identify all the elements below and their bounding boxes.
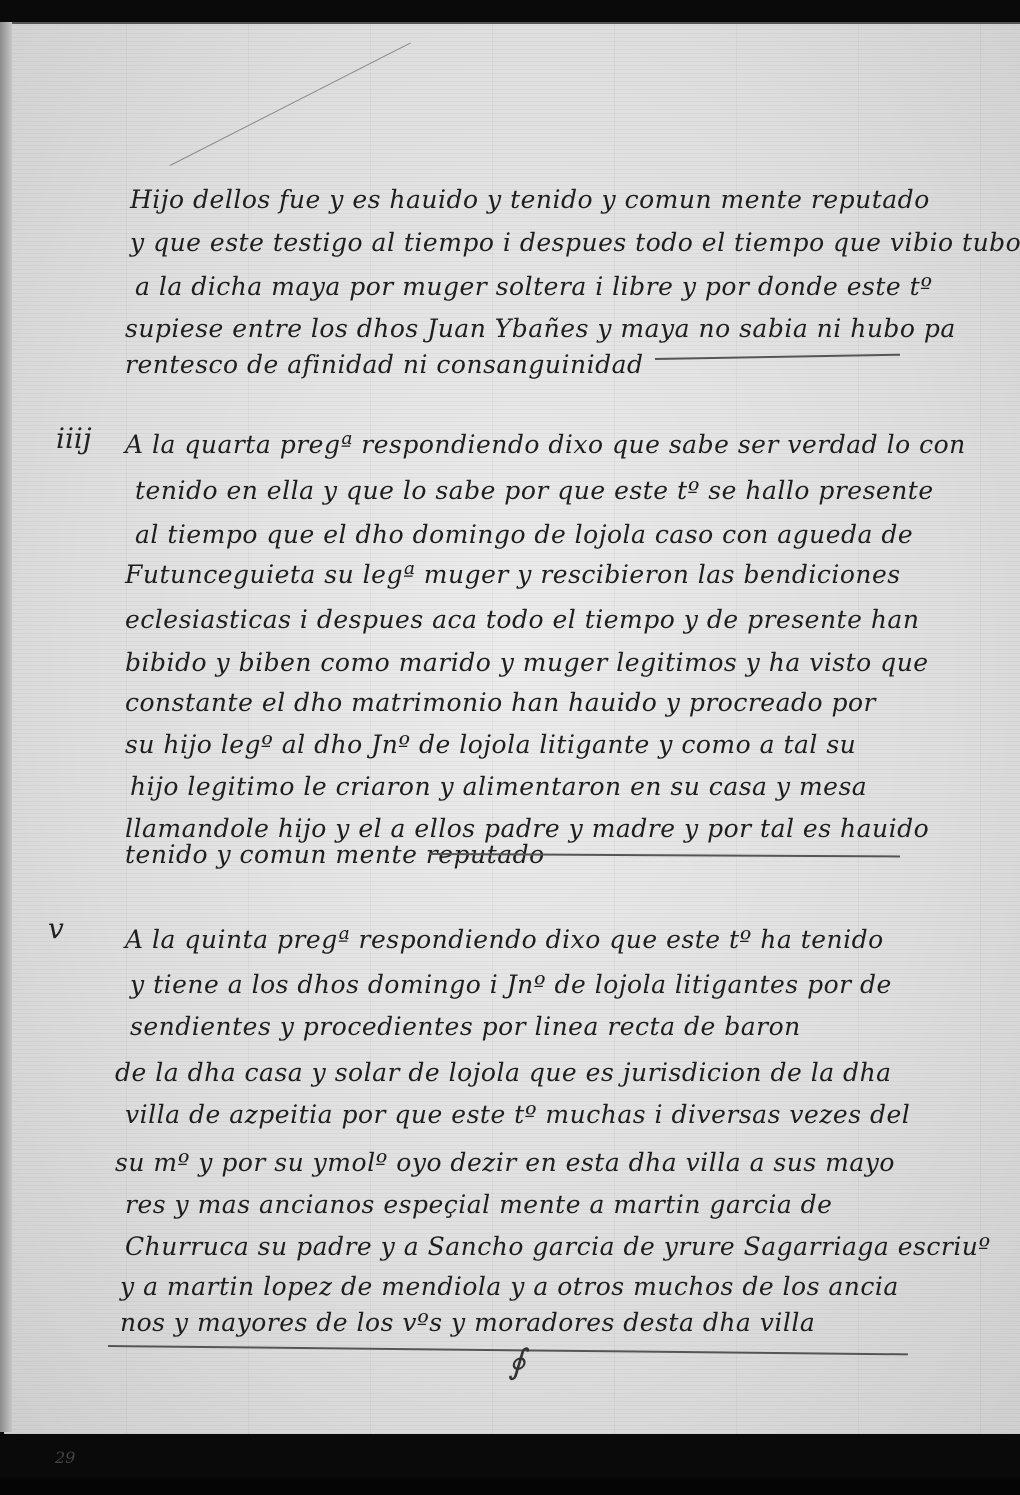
paragraph-2-line-1: A la quarta pregª respondiendo dixo que …: [125, 430, 966, 459]
margin-article-number: v: [48, 912, 64, 945]
paragraph-3-line-6: su mº y por su ymolº oyo dezir en esta d…: [115, 1148, 895, 1177]
paragraph-2-line-2: tenido en ella y que lo sabe por que est…: [135, 476, 934, 505]
paragraph-2-line-6: bibido y biben como marido y muger legit…: [125, 648, 929, 677]
folio-number: 29: [55, 1448, 75, 1467]
paragraph-3-line-1: A la quinta pregª respondiendo dixo que …: [125, 925, 884, 954]
scan-shadow: [0, 1478, 1020, 1495]
paragraph-1-line-1: Hijo dellos fue y es hauido y tenido y c…: [130, 185, 930, 214]
paragraph-1-line-5: rentesco de afinidad ni consanguinidad: [125, 350, 644, 379]
paragraph-2-line-7: constante el dho matrimonio han hauido y…: [125, 688, 876, 717]
paragraph-3-line-2: y tiene a los dhos domingo i Jnº de lojo…: [130, 970, 892, 999]
paragraph-2-line-8: su hijo legº al dho Jnº de lojola litiga…: [125, 730, 856, 759]
paragraph-2-line-4: Futunceguieta su legª muger y rescibiero…: [125, 560, 901, 589]
notary-flourish-mark: ∮: [508, 1342, 526, 1382]
margin-article-number: iiij: [56, 422, 92, 455]
paragraph-2-line-5: eclesiasticas i despues aca todo el tiem…: [125, 605, 919, 634]
paragraph-3-line-9: y a martin lopez de mendiola y a otros m…: [120, 1272, 899, 1301]
paragraph-3-line-5: villa de azpeitia por que este tº muchas…: [125, 1100, 910, 1129]
paragraph-2-line-9: hijo legitimo le criaron y alimentaron e…: [130, 772, 867, 801]
paragraph-3-line-8: Churruca su padre y a Sancho garcia de y…: [125, 1232, 991, 1261]
paragraph-3-line-4: de la dha casa y solar de lojola que es …: [115, 1058, 892, 1087]
paragraph-3-line-3: sendientes y procedientes por linea rect…: [130, 1012, 801, 1041]
paragraph-3-line-10: nos y mayores de los vºs y moradores des…: [120, 1308, 815, 1337]
paragraph-1-line-4: supiese entre los dhos Juan Ybañes y may…: [125, 314, 956, 343]
binding-edge: [0, 22, 12, 1432]
paragraph-2-line-10: llamandole hijo y el a ellos padre y mad…: [125, 814, 929, 843]
paragraph-2-line-3: al tiempo que el dho domingo de lojola c…: [135, 520, 913, 549]
paragraph-1-line-2: y que este testigo al tiempo i despues t…: [130, 228, 1020, 257]
paragraph-1-line-3: a la dicha maya por muger soltera i libr…: [135, 272, 932, 301]
paragraph-3-line-7: res y mas ancianos espeçial mente a mart…: [125, 1190, 832, 1219]
